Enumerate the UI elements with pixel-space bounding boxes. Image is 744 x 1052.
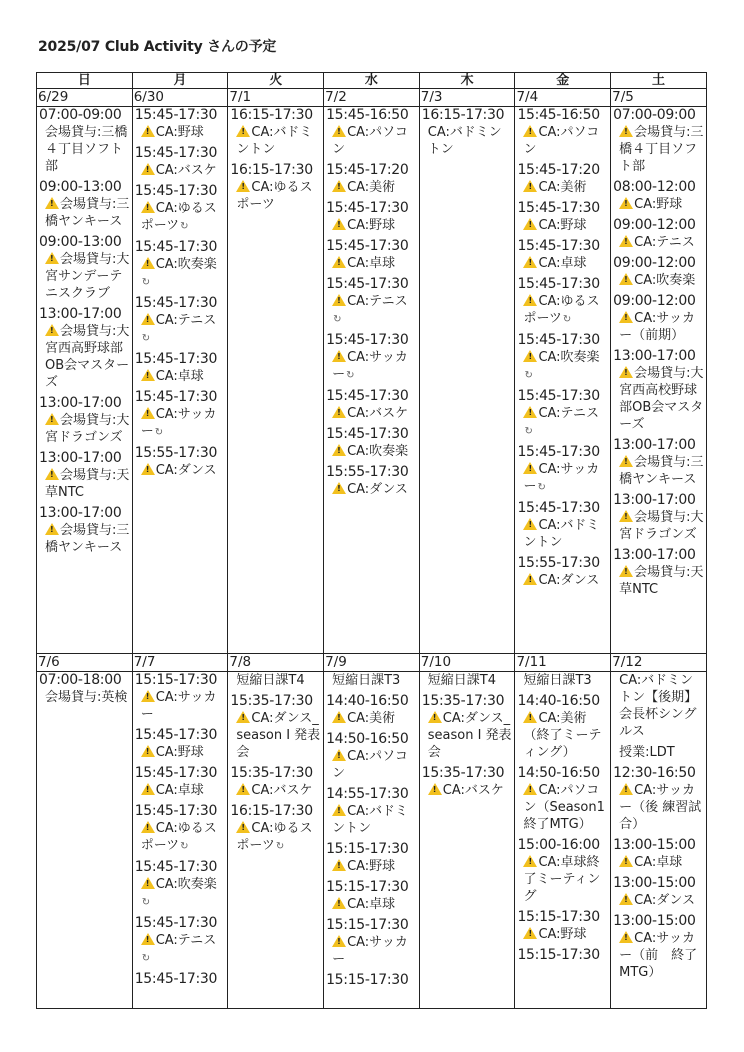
event-item[interactable]: 13:00-17:00会場貸与:天草NTC bbox=[613, 547, 706, 598]
event-title: CA:バスケ bbox=[156, 163, 217, 178]
event-desc: CA:パソコン bbox=[326, 748, 419, 782]
event-desc: CA:卓球 bbox=[135, 782, 228, 799]
event-desc: CA:卓球 bbox=[135, 368, 228, 385]
event-desc: CA:吹奏楽 bbox=[326, 443, 419, 460]
event-time: 16:15-17:30 bbox=[230, 803, 323, 820]
event-desc: CA:ダンス bbox=[613, 892, 706, 909]
warning-icon bbox=[332, 804, 346, 816]
day-cell[interactable]: CA:バドミントン【後期】会長杯シングルス授業:LDT12:30-16:50CA… bbox=[611, 672, 707, 1009]
event-item[interactable]: 15:45-17:30CA:サッカー↻ bbox=[517, 444, 610, 496]
day-date[interactable]: 7/12 bbox=[611, 654, 707, 672]
calendar-table: 日 月 火 水 木 金 土 6/296/307/17/27/37/47/507:… bbox=[36, 72, 707, 1009]
warning-icon bbox=[141, 745, 155, 757]
warning-icon bbox=[332, 256, 346, 268]
event-item[interactable]: 15:45-17:30CA:卓球 bbox=[135, 351, 228, 385]
event-time: 07:00-09:00 bbox=[39, 107, 132, 124]
event-item[interactable]: 15:45-17:30CA:野球 bbox=[135, 107, 228, 141]
event-desc: 会場貸与:三橋４丁目ソフト部 bbox=[39, 124, 132, 175]
event-item[interactable]: 14:50-16:50CA:パソコン（Season1終了MTG） bbox=[517, 765, 610, 833]
repeat-icon: ↻ bbox=[524, 367, 532, 384]
event-time: 15:45-17:30 bbox=[326, 332, 419, 349]
warning-icon bbox=[523, 406, 537, 418]
day-date[interactable]: 6/29 bbox=[37, 89, 133, 107]
warning-icon bbox=[428, 711, 442, 723]
event-time: 07:00-09:00 bbox=[613, 107, 706, 124]
event-desc: 会場貸与:天草NTC bbox=[613, 564, 706, 598]
event-desc: CA:美術 bbox=[517, 179, 610, 196]
day-cell[interactable]: 07:00-18:00会場貸与:英検 bbox=[37, 672, 133, 1009]
event-time: 15:35-17:30 bbox=[422, 765, 515, 782]
event-item[interactable]: 15:45-17:20CA:美術 bbox=[326, 162, 419, 196]
warning-icon bbox=[141, 877, 155, 889]
repeat-icon: ↻ bbox=[142, 274, 150, 291]
event-item[interactable]: 15:45-17:30CA:野球 bbox=[326, 200, 419, 234]
event-item[interactable]: 13:00-15:00CA:サッカー（前 終了MTG） bbox=[613, 913, 706, 981]
event-item[interactable]: 15:15-17:30CA:卓球 bbox=[326, 879, 419, 913]
day-date[interactable]: 7/6 bbox=[37, 654, 133, 672]
event-item[interactable]: 短縮日課T4 bbox=[230, 672, 323, 689]
event-time: 15:15-17:30 bbox=[517, 947, 610, 964]
weekday-header-row: 日 月 火 水 木 金 土 bbox=[37, 73, 707, 89]
warning-icon bbox=[332, 406, 346, 418]
event-time: 15:45-17:20 bbox=[517, 162, 610, 179]
event-desc: CA:バスケ bbox=[422, 782, 515, 799]
event-time: 13:00-17:00 bbox=[613, 492, 706, 509]
event-desc: CA:野球 bbox=[135, 744, 228, 761]
event-title: CA:野球 bbox=[156, 745, 204, 760]
event-item[interactable]: 07:00-09:00会場貸与:三橋４丁目ソフト部 bbox=[613, 107, 706, 175]
event-time: 07:00-18:00 bbox=[39, 672, 132, 689]
event-title: CA:卓球 bbox=[347, 256, 395, 271]
event-time: 16:15-17:30 bbox=[230, 162, 323, 179]
event-item[interactable]: 07:00-09:00会場貸与:三橋４丁目ソフト部 bbox=[39, 107, 132, 175]
event-item[interactable]: 短縮日課T3 bbox=[517, 672, 610, 689]
event-desc: CA:卓球 bbox=[613, 854, 706, 871]
event-item[interactable]: 15:45-17:30CA:吹奏楽↻ bbox=[135, 239, 228, 291]
event-item[interactable]: 14:55-17:30CA:バドミントン bbox=[326, 786, 419, 837]
warning-icon bbox=[523, 518, 537, 530]
warning-icon bbox=[619, 855, 633, 867]
event-time: 14:50-16:50 bbox=[326, 731, 419, 748]
day-date[interactable]: 7/7 bbox=[132, 654, 228, 672]
event-desc: CA:野球 bbox=[326, 858, 419, 875]
warning-icon bbox=[141, 369, 155, 381]
warning-icon bbox=[332, 711, 346, 723]
warning-icon bbox=[619, 366, 633, 378]
day-cell[interactable]: 短縮日課T314:40-16:50CA:美術（終了ミーティング）14:50-16… bbox=[515, 672, 611, 1009]
event-item[interactable]: 09:00-13:00会場貸与:大宮サンデーテニスクラブ bbox=[39, 234, 132, 302]
event-item[interactable]: 14:40-16:50CA:美術 bbox=[326, 693, 419, 727]
day-date[interactable]: 6/30 bbox=[132, 89, 228, 107]
event-desc: 会場貸与:三橋４丁目ソフト部 bbox=[613, 124, 706, 175]
warning-icon bbox=[45, 523, 59, 535]
event-desc: CA:ゆるスポーツ bbox=[230, 179, 323, 213]
event-desc: CA:サッカー（前期） bbox=[613, 310, 706, 344]
event-title: 会場貸与:三橋４丁目ソフト部 bbox=[45, 125, 127, 174]
event-time: 13:00-17:00 bbox=[39, 450, 132, 467]
event-desc: CA:テニス↻ bbox=[135, 932, 228, 967]
event-item[interactable]: 15:35-17:30CA:バスケ bbox=[230, 765, 323, 799]
repeat-icon: ↻ bbox=[333, 311, 341, 328]
event-item[interactable]: 15:45-17:30CA:野球 bbox=[135, 727, 228, 761]
day-date[interactable]: 7/11 bbox=[515, 654, 611, 672]
event-item[interactable]: CA:バドミントン【後期】会長杯シングルス bbox=[613, 672, 706, 740]
event-title: CA:美術 bbox=[538, 180, 586, 195]
event-item[interactable]: 15:15-17:30 bbox=[517, 947, 610, 964]
warning-icon bbox=[332, 350, 346, 362]
warning-icon bbox=[619, 510, 633, 522]
event-item[interactable]: 15:45-17:20CA:美術 bbox=[517, 162, 610, 196]
warning-icon bbox=[141, 821, 155, 833]
event-item[interactable]: 15:45-17:30CA:テニス↻ bbox=[517, 388, 610, 440]
event-item[interactable]: 09:00-13:00会場貸与:三橋ヤンキース bbox=[39, 179, 132, 230]
day-cell[interactable]: 16:15-17:30CA:バドミントン16:15-17:30CA:ゆるスポーツ bbox=[228, 107, 324, 654]
event-item[interactable]: 15:45-17:30CA:野球 bbox=[517, 200, 610, 234]
event-time: 13:00-15:00 bbox=[613, 913, 706, 930]
event-item[interactable]: 15:45-17:30CA:サッカー↻ bbox=[326, 332, 419, 384]
event-time: 15:15-17:30 bbox=[326, 879, 419, 896]
event-item[interactable]: 15:45-16:50CA:パソコン bbox=[326, 107, 419, 158]
repeat-icon: ↻ bbox=[142, 330, 150, 347]
event-desc: CA:サッカー（前 終了MTG） bbox=[613, 930, 706, 981]
event-item[interactable]: 15:45-17:30CA:ゆるスポーツ↻ bbox=[135, 183, 228, 235]
event-item[interactable]: 短縮日課T4 bbox=[422, 672, 515, 689]
event-desc: CA:テニス bbox=[613, 234, 706, 251]
event-item[interactable]: 15:55-17:30CA:ダンス bbox=[517, 555, 610, 589]
event-desc: CA:美術 bbox=[326, 179, 419, 196]
event-title: CA:卓球 bbox=[156, 369, 204, 384]
warning-icon bbox=[236, 821, 250, 833]
event-time: 15:45-17:30 bbox=[135, 295, 228, 312]
day-date[interactable]: 7/3 bbox=[419, 89, 515, 107]
event-title: CA:野球 bbox=[538, 927, 586, 942]
warning-icon bbox=[523, 927, 537, 939]
event-title: CA:テニス bbox=[538, 406, 599, 421]
weekday-mon: 月 bbox=[132, 73, 228, 89]
event-time: 15:15-17:30 bbox=[326, 972, 419, 989]
event-item[interactable]: 14:40-16:50CA:美術（終了ミーティング） bbox=[517, 693, 610, 761]
event-desc: CA:ダンス bbox=[517, 572, 610, 589]
event-item[interactable]: 15:00-16:00CA:卓球終了ミーティング bbox=[517, 837, 610, 905]
event-item[interactable]: 15:45-17:30CA:卓球 bbox=[135, 765, 228, 799]
event-item[interactable]: 15:15-17:30 bbox=[326, 972, 419, 989]
event-item[interactable]: 15:15-17:30CA:野球 bbox=[517, 909, 610, 943]
warning-icon bbox=[332, 859, 346, 871]
event-time: 09:00-12:00 bbox=[613, 293, 706, 310]
day-cell[interactable]: 07:00-09:00会場貸与:三橋４丁目ソフト部08:00-12:00CA:野… bbox=[611, 107, 707, 654]
event-item[interactable]: 15:45-17:30CA:吹奏楽 bbox=[326, 426, 419, 460]
repeat-icon: ↻ bbox=[155, 424, 163, 441]
event-item[interactable]: 15:45-17:30CA:テニス↻ bbox=[135, 915, 228, 967]
warning-icon bbox=[619, 783, 633, 795]
event-item[interactable]: 16:15-17:30CA:ゆるスポーツ bbox=[230, 162, 323, 213]
event-time: 15:45-17:30 bbox=[517, 200, 610, 217]
repeat-icon: ↻ bbox=[346, 367, 354, 384]
event-time: 15:45-17:30 bbox=[326, 426, 419, 443]
event-time: 14:40-16:50 bbox=[517, 693, 610, 710]
event-item[interactable]: 07:00-18:00会場貸与:英検 bbox=[39, 672, 132, 706]
warning-icon bbox=[332, 294, 346, 306]
event-item[interactable]: 08:00-12:00CA:野球 bbox=[613, 179, 706, 213]
date-row: 7/67/77/87/97/107/117/12 bbox=[37, 654, 707, 672]
event-time: 15:45-17:30 bbox=[135, 971, 228, 988]
warning-icon bbox=[332, 749, 346, 761]
warning-icon bbox=[141, 163, 155, 175]
event-item[interactable]: 15:45-17:30CA:卓球 bbox=[517, 238, 610, 272]
warning-icon bbox=[141, 463, 155, 475]
warning-icon bbox=[619, 565, 633, 577]
day-date[interactable]: 7/10 bbox=[419, 654, 515, 672]
event-time: 15:15-17:30 bbox=[326, 841, 419, 858]
event-desc: CA:美術（終了ミーティング） bbox=[517, 710, 610, 761]
event-desc: CA:サッカー↻ bbox=[517, 461, 610, 496]
event-time: 14:50-16:50 bbox=[517, 765, 610, 782]
event-desc: 会場貸与:大宮サンデーテニスクラブ bbox=[39, 251, 132, 302]
day-cell[interactable]: 15:15-17:30CA:サッカー15:45-17:30CA:野球15:45-… bbox=[132, 672, 228, 1009]
event-time: 15:35-17:30 bbox=[230, 765, 323, 782]
event-desc: CA:卓球 bbox=[517, 255, 610, 272]
event-title: CA:野球 bbox=[538, 218, 586, 233]
warning-icon bbox=[45, 468, 59, 480]
event-desc: 会場貸与:大宮ドラゴンズ bbox=[613, 509, 706, 543]
event-item[interactable]: 14:50-16:50CA:パソコン bbox=[326, 731, 419, 782]
event-item[interactable]: 15:45-17:30CA:ゆるスポーツ↻ bbox=[135, 803, 228, 855]
event-desc: CA:ゆるスポーツ↻ bbox=[230, 820, 323, 855]
event-item[interactable]: 15:15-17:30CA:サッカー bbox=[326, 917, 419, 968]
repeat-icon: ↻ bbox=[180, 838, 188, 855]
event-desc: CA:テニス↻ bbox=[326, 293, 419, 328]
event-desc: CA:サッカー bbox=[135, 689, 228, 723]
warning-icon bbox=[332, 482, 346, 494]
event-desc: CA:バドミントン bbox=[326, 803, 419, 837]
warning-icon bbox=[332, 935, 346, 947]
warning-icon bbox=[45, 197, 59, 209]
repeat-icon: ↻ bbox=[524, 423, 532, 440]
event-title: CA:テニス bbox=[634, 235, 695, 250]
event-desc: CA:パソコン（Season1終了MTG） bbox=[517, 782, 610, 833]
event-time: 15:45-17:30 bbox=[326, 276, 419, 293]
event-time: 15:45-17:30 bbox=[517, 388, 610, 405]
warning-icon bbox=[428, 783, 442, 795]
event-desc: CA:バスケ bbox=[135, 162, 228, 179]
warning-icon bbox=[619, 455, 633, 467]
event-time: 15:45-17:30 bbox=[135, 803, 228, 820]
event-item[interactable]: 15:35-17:30CA:ダンス_season I 発表会 bbox=[230, 693, 323, 761]
event-desc: 会場貸与:三橋ヤンキース bbox=[39, 522, 132, 556]
event-time: 15:45-17:30 bbox=[517, 444, 610, 461]
event-desc: CA:野球 bbox=[517, 217, 610, 234]
event-note: 短縮日課T4 bbox=[422, 672, 515, 689]
event-desc: CA:サッカー（後 練習試合） bbox=[613, 782, 706, 833]
event-time: 15:45-17:30 bbox=[135, 107, 228, 124]
event-item[interactable]: 15:45-17:30CA:ゆるスポーツ↻ bbox=[517, 276, 610, 328]
event-item[interactable]: 15:45-17:30CA:バスケ bbox=[326, 388, 419, 422]
event-desc: CA:バドミントン bbox=[422, 124, 515, 158]
event-item[interactable]: 15:45-17:30CA:吹奏楽↻ bbox=[517, 332, 610, 384]
event-item[interactable]: 15:55-17:30CA:ダンス bbox=[135, 445, 228, 479]
event-title: CA:卓球 bbox=[634, 855, 682, 870]
day-cell[interactable]: 15:45-16:50CA:パソコン15:45-17:20CA:美術15:45-… bbox=[324, 107, 420, 654]
event-item[interactable]: 15:45-17:30CA:バドミントン bbox=[517, 500, 610, 551]
event-time: 16:15-17:30 bbox=[422, 107, 515, 124]
event-time: 15:45-17:30 bbox=[517, 332, 610, 349]
event-item[interactable]: 09:00-12:00CA:サッカー（前期） bbox=[613, 293, 706, 344]
weekday-thu: 木 bbox=[419, 73, 515, 89]
day-cell[interactable]: 短縮日課T314:40-16:50CA:美術14:50-16:50CA:パソコン… bbox=[324, 672, 420, 1009]
day-cell[interactable]: 16:15-17:30CA:バドミントン bbox=[419, 107, 515, 654]
day-date[interactable]: 7/8 bbox=[228, 654, 324, 672]
event-item[interactable]: 15:55-17:30CA:ダンス bbox=[326, 464, 419, 498]
warning-icon bbox=[141, 690, 155, 702]
day-cell[interactable]: 15:45-17:30CA:野球15:45-17:30CA:バスケ15:45-1… bbox=[132, 107, 228, 654]
event-time: 13:00-17:00 bbox=[39, 505, 132, 522]
event-desc: CA:美術 bbox=[326, 710, 419, 727]
event-desc: CA:野球 bbox=[517, 926, 610, 943]
event-time: 15:45-17:30 bbox=[517, 500, 610, 517]
event-time: 15:45-17:30 bbox=[135, 765, 228, 782]
warning-icon bbox=[332, 444, 346, 456]
page-title: 2025/07 Club Activity さんの予定 bbox=[38, 36, 276, 56]
event-title: CA:テニス bbox=[156, 933, 217, 948]
event-title: CA:バドミントン bbox=[428, 125, 502, 157]
event-time: 15:00-16:00 bbox=[517, 837, 610, 854]
event-item[interactable]: 13:00-17:00会場貸与:三橋ヤンキース bbox=[39, 505, 132, 556]
event-time: 15:35-17:30 bbox=[422, 693, 515, 710]
warning-icon bbox=[523, 218, 537, 230]
event-title: CA:バスケ bbox=[347, 406, 408, 421]
event-time: 15:45-17:30 bbox=[135, 351, 228, 368]
event-desc: CA:サッカー↻ bbox=[326, 349, 419, 384]
event-desc: CA:パソコン bbox=[517, 124, 610, 158]
warning-icon bbox=[619, 125, 633, 137]
event-item[interactable]: 13:00-17:00会場貸与:大宮西高野球部OB会マスターズ bbox=[39, 306, 132, 391]
event-item[interactable]: 13:00-15:00CA:ダンス bbox=[613, 875, 706, 909]
warning-icon bbox=[332, 897, 346, 909]
event-item[interactable]: 15:45-17:30CA:サッカー↻ bbox=[135, 389, 228, 441]
event-item[interactable]: 15:45-17:30 bbox=[135, 971, 228, 988]
event-desc: CA:ゆるスポーツ↻ bbox=[517, 293, 610, 328]
event-item[interactable]: 13:00-15:00CA:卓球 bbox=[613, 837, 706, 871]
event-time: 15:45-17:30 bbox=[135, 859, 228, 876]
day-cell[interactable]: 15:45-16:50CA:パソコン15:45-17:20CA:美術15:45-… bbox=[515, 107, 611, 654]
event-item[interactable]: 09:00-12:00CA:吹奏楽 bbox=[613, 255, 706, 289]
event-desc: CA:サッカー bbox=[326, 934, 419, 968]
event-title: CA:美術 bbox=[347, 711, 395, 726]
event-item[interactable]: 13:00-17:00会場貸与:三橋ヤンキース bbox=[613, 437, 706, 488]
event-item[interactable]: 15:45-16:50CA:パソコン bbox=[517, 107, 610, 158]
event-time: 15:45-17:30 bbox=[135, 915, 228, 932]
event-desc: CA:吹奏楽↻ bbox=[135, 876, 228, 911]
day-date[interactable]: 7/4 bbox=[515, 89, 611, 107]
event-desc: 会場貸与:三橋ヤンキース bbox=[39, 196, 132, 230]
event-item[interactable]: 09:00-12:00CA:テニス bbox=[613, 217, 706, 251]
repeat-icon: ↻ bbox=[537, 479, 545, 496]
event-item[interactable]: 12:30-16:50CA:サッカー（後 練習試合） bbox=[613, 765, 706, 833]
event-item[interactable]: 15:15-17:30CA:野球 bbox=[326, 841, 419, 875]
event-item[interactable]: 13:00-17:00会場貸与:大宮西高校野球部OB会マスターズ bbox=[613, 348, 706, 433]
event-time: 15:45-17:30 bbox=[135, 389, 228, 406]
event-item[interactable]: 15:15-17:30CA:サッカー bbox=[135, 672, 228, 723]
event-title: CA:野球 bbox=[347, 218, 395, 233]
event-title: CA:吹奏楽 bbox=[156, 877, 217, 892]
event-time: 15:45-17:30 bbox=[517, 276, 610, 293]
event-item[interactable]: 13:00-17:00会場貸与:大宮ドラゴンズ bbox=[613, 492, 706, 543]
day-date[interactable]: 7/9 bbox=[324, 654, 420, 672]
warning-icon bbox=[523, 125, 537, 137]
event-item[interactable]: 15:35-17:30CA:ダンス_season I 発表会 bbox=[422, 693, 515, 761]
event-item[interactable]: 短縮日課T3 bbox=[326, 672, 419, 689]
event-item[interactable]: 15:45-17:30CA:吹奏楽↻ bbox=[135, 859, 228, 911]
event-time: 09:00-12:00 bbox=[613, 255, 706, 272]
warning-icon bbox=[619, 235, 633, 247]
event-item[interactable]: 13:00-17:00会場貸与:大宮ドラゴンズ bbox=[39, 395, 132, 446]
warning-icon bbox=[45, 413, 59, 425]
event-title: CA:野球 bbox=[156, 125, 204, 140]
day-date[interactable]: 7/2 bbox=[324, 89, 420, 107]
warning-icon bbox=[236, 125, 250, 137]
event-item[interactable]: 16:15-17:30CA:バドミントン bbox=[422, 107, 515, 158]
event-desc: CA:バドミントン bbox=[517, 517, 610, 551]
event-item[interactable]: 授業:LDT bbox=[613, 744, 706, 761]
warning-icon bbox=[141, 125, 155, 137]
warning-icon bbox=[141, 201, 155, 213]
day-date[interactable]: 7/5 bbox=[611, 89, 707, 107]
event-item[interactable]: 13:00-17:00会場貸与:天草NTC bbox=[39, 450, 132, 501]
event-item[interactable]: 16:15-17:30CA:バドミントン bbox=[230, 107, 323, 158]
warning-icon bbox=[141, 407, 155, 419]
event-desc: CA:ゆるスポーツ↻ bbox=[135, 200, 228, 235]
event-title: CA:ダンス bbox=[347, 482, 408, 497]
event-time: 15:45-17:30 bbox=[135, 727, 228, 744]
event-desc: CA:野球 bbox=[613, 196, 706, 213]
event-item[interactable]: 15:45-17:30CA:卓球 bbox=[326, 238, 419, 272]
event-item[interactable]: 16:15-17:30CA:ゆるスポーツ↻ bbox=[230, 803, 323, 855]
event-time: 15:45-17:30 bbox=[135, 145, 228, 162]
day-cell[interactable]: 短縮日課T415:35-17:30CA:ダンス_season I 発表会15:3… bbox=[228, 672, 324, 1009]
event-time: 14:55-17:30 bbox=[326, 786, 419, 803]
warning-icon bbox=[523, 180, 537, 192]
event-title: CA:バスケ bbox=[251, 783, 312, 798]
event-item[interactable]: 15:35-17:30CA:バスケ bbox=[422, 765, 515, 799]
event-item[interactable]: 15:45-17:30CA:テニス↻ bbox=[135, 295, 228, 347]
event-desc: 会場貸与:天草NTC bbox=[39, 467, 132, 501]
day-date[interactable]: 7/1 bbox=[228, 89, 324, 107]
repeat-icon: ↻ bbox=[142, 894, 150, 911]
event-desc: CA:ダンス bbox=[326, 481, 419, 498]
warning-icon bbox=[236, 711, 250, 723]
events-row: 07:00-18:00会場貸与:英検15:15-17:30CA:サッカー15:4… bbox=[37, 672, 707, 1009]
event-title: CA:吹奏楽 bbox=[634, 273, 695, 288]
warning-icon bbox=[141, 313, 155, 325]
day-cell[interactable]: 07:00-09:00会場貸与:三橋４丁目ソフト部09:00-13:00会場貸与… bbox=[37, 107, 133, 654]
event-desc: CA:サッカー↻ bbox=[135, 406, 228, 441]
day-cell[interactable]: 短縮日課T415:35-17:30CA:ダンス_season I 発表会15:3… bbox=[419, 672, 515, 1009]
event-item[interactable]: 15:45-17:30CA:テニス↻ bbox=[326, 276, 419, 328]
event-time: 15:55-17:30 bbox=[135, 445, 228, 462]
event-time: 16:15-17:30 bbox=[230, 107, 323, 124]
event-desc: 会場貸与:英検 bbox=[39, 689, 132, 706]
event-item[interactable]: 15:45-17:30CA:バスケ bbox=[135, 145, 228, 179]
event-time: 09:00-12:00 bbox=[613, 217, 706, 234]
event-title: CA:ダンス bbox=[156, 463, 217, 478]
warning-icon bbox=[523, 783, 537, 795]
warning-icon bbox=[523, 350, 537, 362]
event-title: CA:卓球 bbox=[347, 897, 395, 912]
weekday-fri: 金 bbox=[515, 73, 611, 89]
warning-icon bbox=[332, 125, 346, 137]
event-time: 15:15-17:30 bbox=[326, 917, 419, 934]
weekday-sun: 日 bbox=[37, 73, 133, 89]
